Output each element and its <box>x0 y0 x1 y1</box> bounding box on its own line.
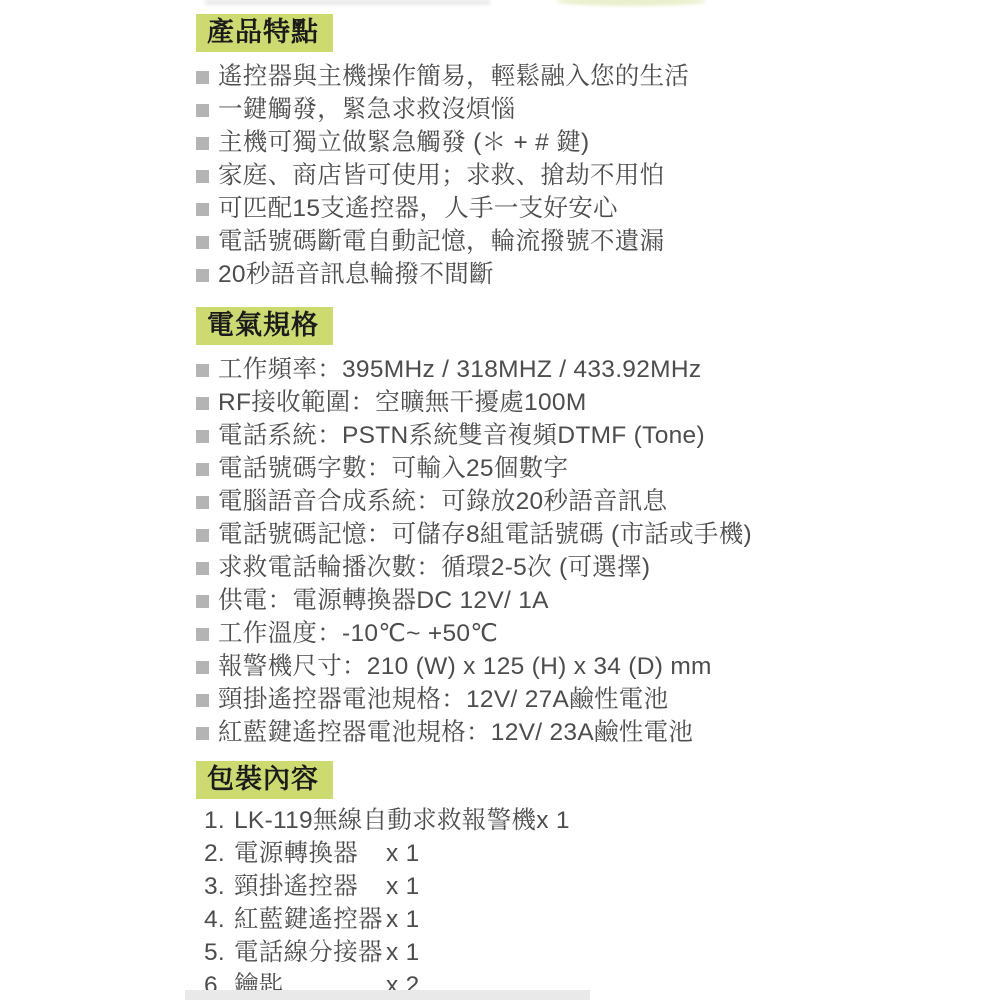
spec-text: 工作溫度：-10℃~ +50℃ <box>218 620 498 647</box>
package-item-name: 紅藍鍵遙控器 <box>234 903 386 936</box>
package-item-number: 3. <box>204 870 234 903</box>
section-title-specs: 電氣規格 <box>196 307 333 345</box>
bullet-square-icon <box>196 203 209 216</box>
spec-item: 電話號碼字數：可輸入25個數字 <box>196 452 986 485</box>
package-item-name: 頸掛遙控器 <box>234 870 386 903</box>
bullet-square-icon <box>196 694 209 707</box>
package-item-name: 電源轉換器 <box>234 837 386 870</box>
spec-item: 頸掛遙控器電池規格：12V/ 27A鹼性電池 <box>196 683 986 716</box>
spec-text: 紅藍鍵遙控器電池規格：12V/ 23A鹼性電池 <box>218 719 693 746</box>
spec-item: RF接收範圍：空曠無干擾處100M <box>196 386 986 419</box>
package-item-qty: x 1 <box>386 837 420 870</box>
spec-text: 電腦語音合成系統：可錄放20秒語音訊息 <box>218 488 667 515</box>
spec-list: 工作頻率：395MHz / 318MHZ / 433.92MHz RF接收範圍：… <box>196 353 986 749</box>
section-title-features: 產品特點 <box>196 14 333 52</box>
feature-text: 遙控器與主機操作簡易，輕鬆融入您的生活 <box>218 63 689 90</box>
section-title-package: 包裝內容 <box>196 761 333 799</box>
bullet-square-icon <box>196 661 209 674</box>
feature-item: 家庭、商店皆可使用；求救、搶劫不用怕 <box>196 159 986 192</box>
spec-text: RF接收範圍：空曠無干擾處100M <box>218 389 587 416</box>
bullet-square-icon <box>196 529 209 542</box>
feature-text: 可匹配15支遙控器，人手一支好安心 <box>218 195 618 222</box>
feature-item: 可匹配15支遙控器，人手一支好安心 <box>196 192 986 225</box>
package-item-qty: x 1 <box>386 870 420 903</box>
package-item-number: 2. <box>204 837 234 870</box>
bullet-square-icon <box>196 562 209 575</box>
package-item-qty: x 1 <box>386 903 420 936</box>
spec-text: 電話號碼字數：可輸入25個數字 <box>218 455 568 482</box>
feature-text: 20秒語音訊息輪撥不間斷 <box>218 261 494 288</box>
package-item-qty: x 1 <box>386 936 420 969</box>
package-item: 1.LK-119無線自動求救報警機x 1 <box>204 804 986 837</box>
cropped-content-remnant-bottom <box>185 990 590 1000</box>
spec-text: 電話號碼記憶：可儲存8組電話號碼 (市話或手機) <box>218 521 752 548</box>
feature-list: 遙控器與主機操作簡易，輕鬆融入您的生活 一鍵觸發，緊急求救沒煩惱 主機可獨立做緊… <box>196 60 986 291</box>
spec-text: 電話系統：PSTN系統雙音複頻DTMF (Tone) <box>218 422 705 449</box>
package-item: 3.頸掛遙控器x 1 <box>204 870 986 903</box>
package-item-qty: x 1 <box>536 804 570 837</box>
spec-text: 求救電話輪播次數：循環2-5次 (可選擇) <box>218 554 650 581</box>
bullet-square-icon <box>196 364 209 377</box>
feature-text: 主機可獨立做緊急觸發 (＊ + # 鍵) <box>218 129 589 156</box>
feature-text: 一鍵觸發，緊急求救沒煩惱 <box>218 96 516 123</box>
spec-item: 工作溫度：-10℃~ +50℃ <box>196 617 986 650</box>
spec-item: 電腦語音合成系統：可錄放20秒語音訊息 <box>196 485 986 518</box>
spec-text: 頸掛遙控器電池規格：12V/ 27A鹼性電池 <box>218 686 668 713</box>
spec-item: 報警機尺寸：210 (W) x 125 (H) x 34 (D) mm <box>196 650 986 683</box>
feature-item: 電話號碼斷電自動記憶，輪流撥號不遺漏 <box>196 225 986 258</box>
bullet-square-icon <box>196 430 209 443</box>
spec-item: 工作頻率：395MHz / 318MHZ / 433.92MHz <box>196 353 986 386</box>
spec-text: 報警機尺寸：210 (W) x 125 (H) x 34 (D) mm <box>218 653 712 680</box>
feature-item: 一鍵觸發，緊急求救沒煩惱 <box>196 93 986 126</box>
package-item-number: 5. <box>204 936 234 969</box>
bullet-square-icon <box>196 727 209 740</box>
spec-item: 電話系統：PSTN系統雙音複頻DTMF (Tone) <box>196 419 986 452</box>
spec-text: 供電：電源轉換器DC 12V/ 1A <box>218 587 549 614</box>
spec-item: 供電：電源轉換器DC 12V/ 1A <box>196 584 986 617</box>
package-item-number: 1. <box>204 804 234 837</box>
spec-item: 紅藍鍵遙控器電池規格：12V/ 23A鹼性電池 <box>196 716 986 749</box>
package-item-name: 電話線分接器 <box>234 936 386 969</box>
feature-text: 家庭、商店皆可使用；求救、搶劫不用怕 <box>218 162 664 189</box>
feature-item: 遙控器與主機操作簡易，輕鬆融入您的生活 <box>196 60 986 93</box>
bullet-square-icon <box>196 595 209 608</box>
feature-item: 20秒語音訊息輪撥不間斷 <box>196 258 986 291</box>
bullet-square-icon <box>196 137 209 150</box>
package-item-number: 4. <box>204 903 234 936</box>
package-item: 4.紅藍鍵遙控器x 1 <box>204 903 986 936</box>
product-spec-page: 產品特點 遙控器與主機操作簡易，輕鬆融入您的生活 一鍵觸發，緊急求救沒煩惱 主機… <box>196 0 986 1000</box>
bullet-square-icon <box>196 71 209 84</box>
spec-item: 求救電話輪播次數：循環2-5次 (可選擇) <box>196 551 986 584</box>
feature-item: 主機可獨立做緊急觸發 (＊ + # 鍵) <box>196 126 986 159</box>
bullet-square-icon <box>196 628 209 641</box>
feature-text: 電話號碼斷電自動記憶，輪流撥號不遺漏 <box>218 228 664 255</box>
bullet-square-icon <box>196 236 209 249</box>
package-list: 1.LK-119無線自動求救報警機x 1 2.電源轉換器x 1 3.頸掛遙控器x… <box>204 804 986 1000</box>
bullet-square-icon <box>196 269 209 282</box>
bullet-square-icon <box>196 170 209 183</box>
package-item: 5.電話線分接器x 1 <box>204 936 986 969</box>
bullet-square-icon <box>196 496 209 509</box>
spec-item: 電話號碼記憶：可儲存8組電話號碼 (市話或手機) <box>196 518 986 551</box>
package-item-name: LK-119無線自動求救報警機 <box>234 804 536 837</box>
package-item: 2.電源轉換器x 1 <box>204 837 986 870</box>
spec-text: 工作頻率：395MHz / 318MHZ / 433.92MHz <box>218 356 701 383</box>
bullet-square-icon <box>196 463 209 476</box>
bullet-square-icon <box>196 104 209 117</box>
bullet-square-icon <box>196 397 209 410</box>
